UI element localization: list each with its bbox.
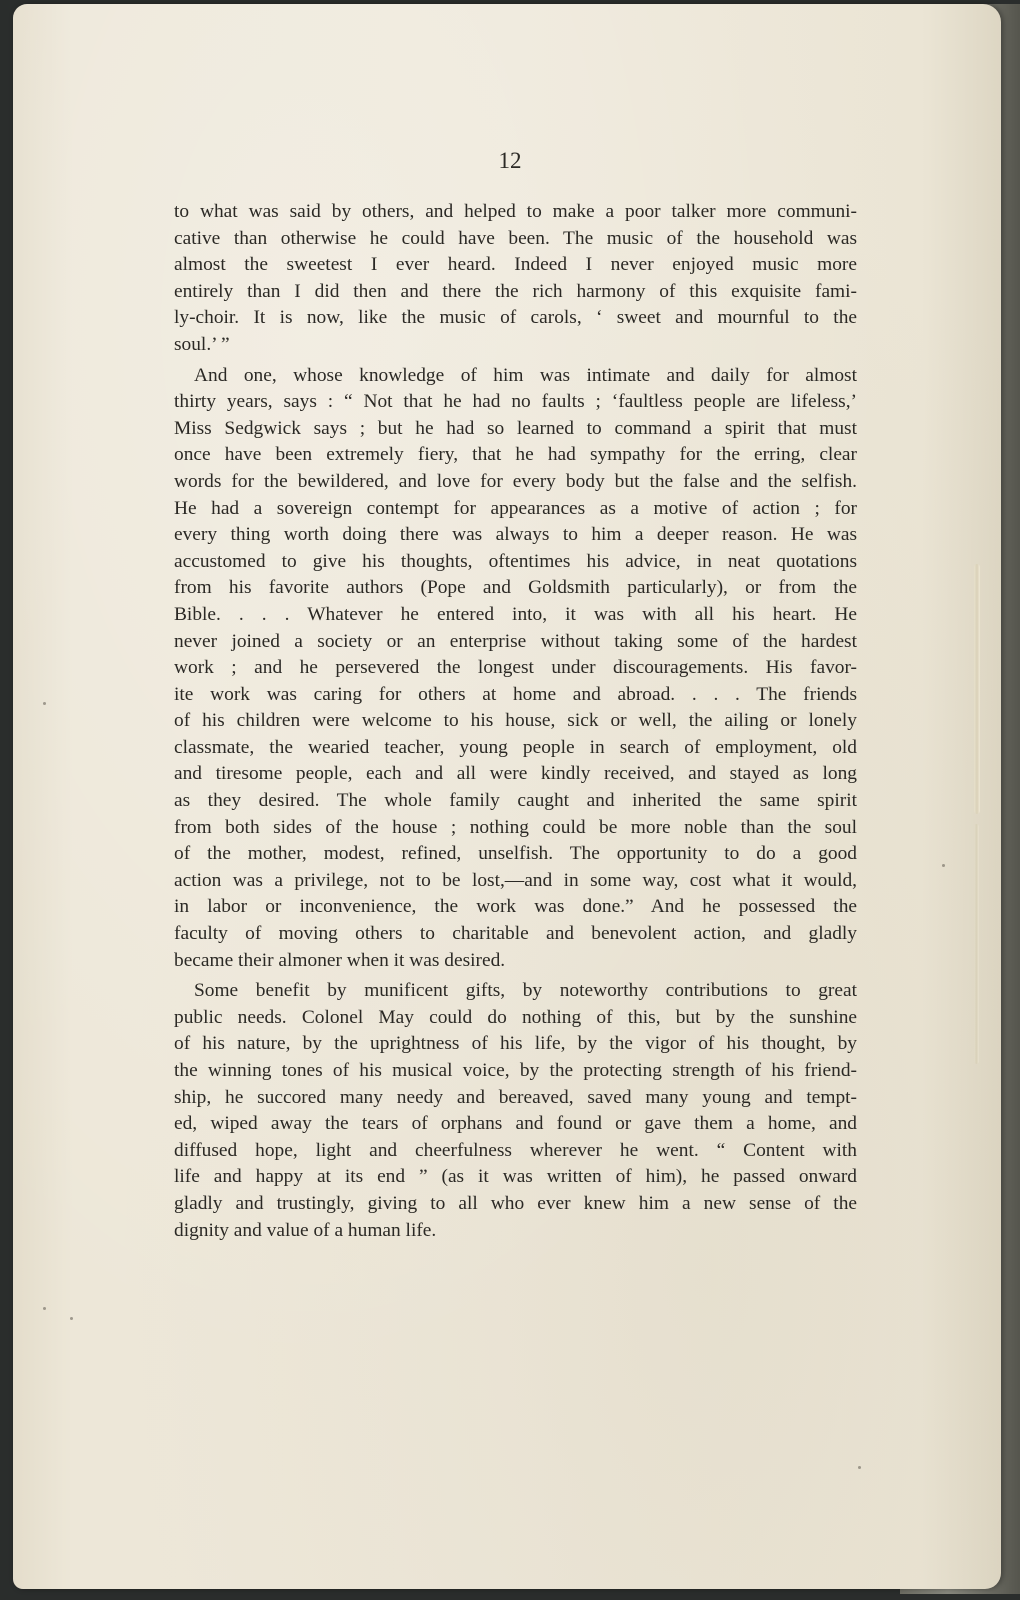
- text-line: Miss Sedgwick says ; but he had so learn…: [174, 416, 857, 443]
- text-line: And one, whose knowledge of him was inti…: [174, 363, 857, 390]
- text-line: action was a privilege, not to be lost,—…: [174, 868, 857, 895]
- text-line: ship, he succored many needy and bereave…: [174, 1085, 857, 1112]
- paper-speck: [43, 1307, 46, 1310]
- text-line: accustomed to give his thoughts, oftenti…: [174, 549, 857, 576]
- text-line: became their almoner when it was desired…: [174, 948, 857, 975]
- text-line: gladly and trustingly, giving to all who…: [174, 1191, 857, 1218]
- text-line: life and happy at its end ” (as it was w…: [174, 1164, 857, 1191]
- page-number: 12: [0, 148, 1020, 174]
- paper-speck: [70, 1317, 73, 1320]
- text-line: He had a sovereign contempt for appearan…: [174, 496, 857, 523]
- text-line: Bible. . . . Whatever he entered into, i…: [174, 602, 857, 629]
- text-line: and tiresome people, each and all were k…: [174, 761, 857, 788]
- text-line: never joined a society or an enterprise …: [174, 629, 857, 656]
- text-line: from both sides of the house ; nothing c…: [174, 815, 857, 842]
- text-line: of his nature, by the uprightness of his…: [174, 1031, 857, 1058]
- paragraph-3: Some benefit by munificent gifts, by not…: [174, 978, 857, 1244]
- text-line: almost the sweetest I ever heard. Indeed…: [174, 252, 857, 279]
- text-line: dignity and value of a human life.: [174, 1218, 857, 1245]
- text-line: soul.’ ”: [174, 332, 857, 359]
- text-line: public needs. Colonel May could do nothi…: [174, 1005, 857, 1032]
- paper-speck: [858, 1466, 861, 1469]
- text-line: ly-choir. It is now, like the music of c…: [174, 305, 857, 332]
- text-line: ite work was caring for others at home a…: [174, 682, 857, 709]
- text-line: work ; and he persevered the longest und…: [174, 655, 857, 682]
- text-line: classmate, the wearied teacher, young pe…: [174, 735, 857, 762]
- text-line: every thing worth doing there was always…: [174, 522, 857, 549]
- text-line: once have been extremely fiery, that he …: [174, 442, 857, 469]
- text-line: thirty years, says : “ Not that he had n…: [174, 389, 857, 416]
- text-line: entirely than I did then and there the r…: [174, 279, 857, 306]
- binding-thread: [974, 564, 980, 814]
- binding-thread-lower: [974, 824, 979, 1064]
- text-line: to what was said by others, and helped t…: [174, 199, 857, 226]
- text-line: diffused hope, light and cheerfulness wh…: [174, 1138, 857, 1165]
- text-line: as they desired. The whole family caught…: [174, 788, 857, 815]
- paragraph-2: And one, whose knowledge of him was inti…: [174, 363, 857, 975]
- text-line: from his favorite authors (Pope and Gold…: [174, 575, 857, 602]
- text-line: words for the bewildered, and love for e…: [174, 469, 857, 496]
- body-text: to what was said by others, and helped t…: [174, 199, 857, 1244]
- text-line: of the mother, modest, refined, unselfis…: [174, 841, 857, 868]
- text-line: ed, wiped away the tears of orphans and …: [174, 1111, 857, 1138]
- text-line: the winning tones of his musical voice, …: [174, 1058, 857, 1085]
- text-line: of his children were welcome to his hous…: [174, 708, 857, 735]
- text-line: cative than otherwise he could have been…: [174, 226, 857, 253]
- text-line: Some benefit by munificent gifts, by not…: [174, 978, 857, 1005]
- paragraph-1: to what was said by others, and helped t…: [174, 199, 857, 359]
- paper-speck: [43, 702, 46, 705]
- text-line: in labor or inconvenience, the work was …: [174, 894, 857, 921]
- text-line: faculty of moving others to charitable a…: [174, 921, 857, 948]
- paper-speck: [942, 864, 945, 867]
